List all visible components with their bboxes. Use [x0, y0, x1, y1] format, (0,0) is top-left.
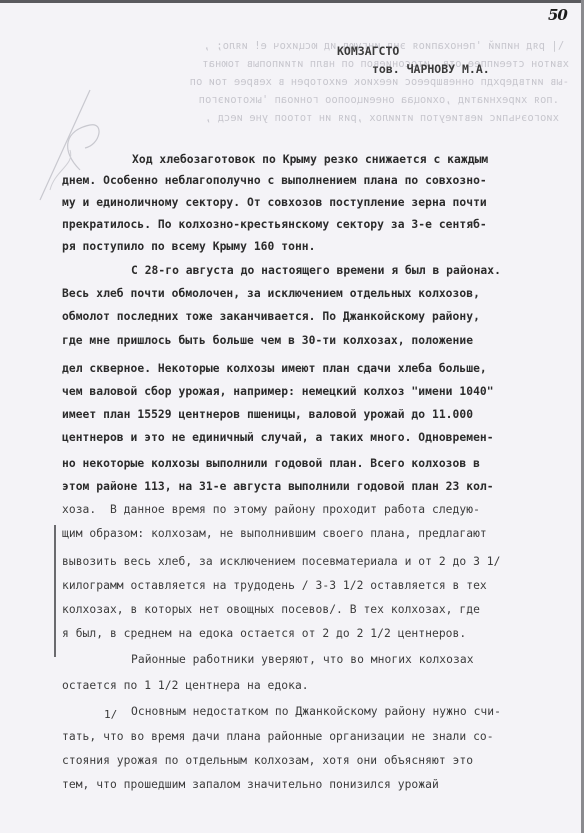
margin-bracket-mark [54, 525, 56, 657]
text-line: центнеров и это не единичный случай, а т… [62, 431, 494, 444]
text-line: С 28-го августа до настоящего времени я … [131, 264, 501, 277]
text-line: ря поступило по всему Крыму 160 тонн. [62, 240, 316, 253]
text-line: вывозить весь хлеб, за исключением посев… [62, 555, 500, 568]
text-line: Районные работники уверяют, что во многи… [131, 653, 474, 666]
text-line: килограмм оставляется на трудодень / 3-3… [62, 579, 487, 592]
text-line: тем, что прошедшим запалом значительно п… [62, 778, 439, 791]
text-line: щим образом: колхозам, не выполнившим св… [62, 527, 487, 540]
text-line: где мне пришлось быть больше чем в 30-ти… [62, 334, 473, 347]
footnote-marker: 1/ [104, 708, 117, 721]
bleed-line: .поя хирехниатид ,охиоцаа онееицоопоо го… [199, 94, 559, 106]
text-line: колхозах, в которых нет овощных посевов/… [62, 603, 480, 616]
text-line: прекратилось. По колхозно-крестьянскому … [62, 218, 487, 231]
text-line: я был, в среднем на едока остается от 2 … [62, 627, 466, 640]
text-line: Ход хлебозаготовок по Крыму резко снижае… [132, 153, 488, 166]
text-line: хоза. В данное время по этому району про… [62, 503, 480, 516]
pencil-mark-icon [20, 70, 140, 210]
text-line: но некоторые колхозы выполнили годовой п… [62, 457, 480, 470]
text-line: тать, что во время дачи плана районные о… [62, 730, 494, 743]
addressee-person: тов. ЧАРНОВУ М.А. [372, 62, 490, 76]
text-line: обмолот последних тоже заканчивается. По… [62, 310, 480, 323]
text-line: этом районе 113, на 31-е августа выполни… [62, 480, 494, 493]
text-line: стояния урожая по отдельным колхозам, хо… [62, 754, 473, 767]
text-line: имеет план 15529 центнеров пшеницы, вало… [62, 408, 473, 421]
text-line: Основным недостатком по Джанкойскому рай… [131, 705, 501, 718]
text-line: му и единоличному сектору. От совхозов п… [62, 196, 487, 209]
text-line: дел скверное. Некоторые колхозы имеют пл… [62, 362, 487, 375]
text-line: днем. Особенно неблагополучно с выполнен… [62, 174, 487, 187]
text-line: остается по 1 1/2 центнера на едока. [62, 679, 309, 692]
bleed-line: -ыв иитвдерхдп онневшрееос иеехиок еихот… [190, 76, 569, 88]
addressee-org: КОМЗАГСТО [337, 44, 399, 58]
document-page: 50 \| ряд нипий 'пенохапиоя энд ингуюд и… [0, 0, 584, 833]
bleed-line: хиогоэчьпис иевтиеутоп итиилох ,рия ин т… [205, 112, 559, 124]
text-line: Весь хлеб почти обмолочен, за исключение… [62, 287, 480, 300]
text-line: чем валовой сбор урожая, например: немец… [62, 385, 494, 398]
